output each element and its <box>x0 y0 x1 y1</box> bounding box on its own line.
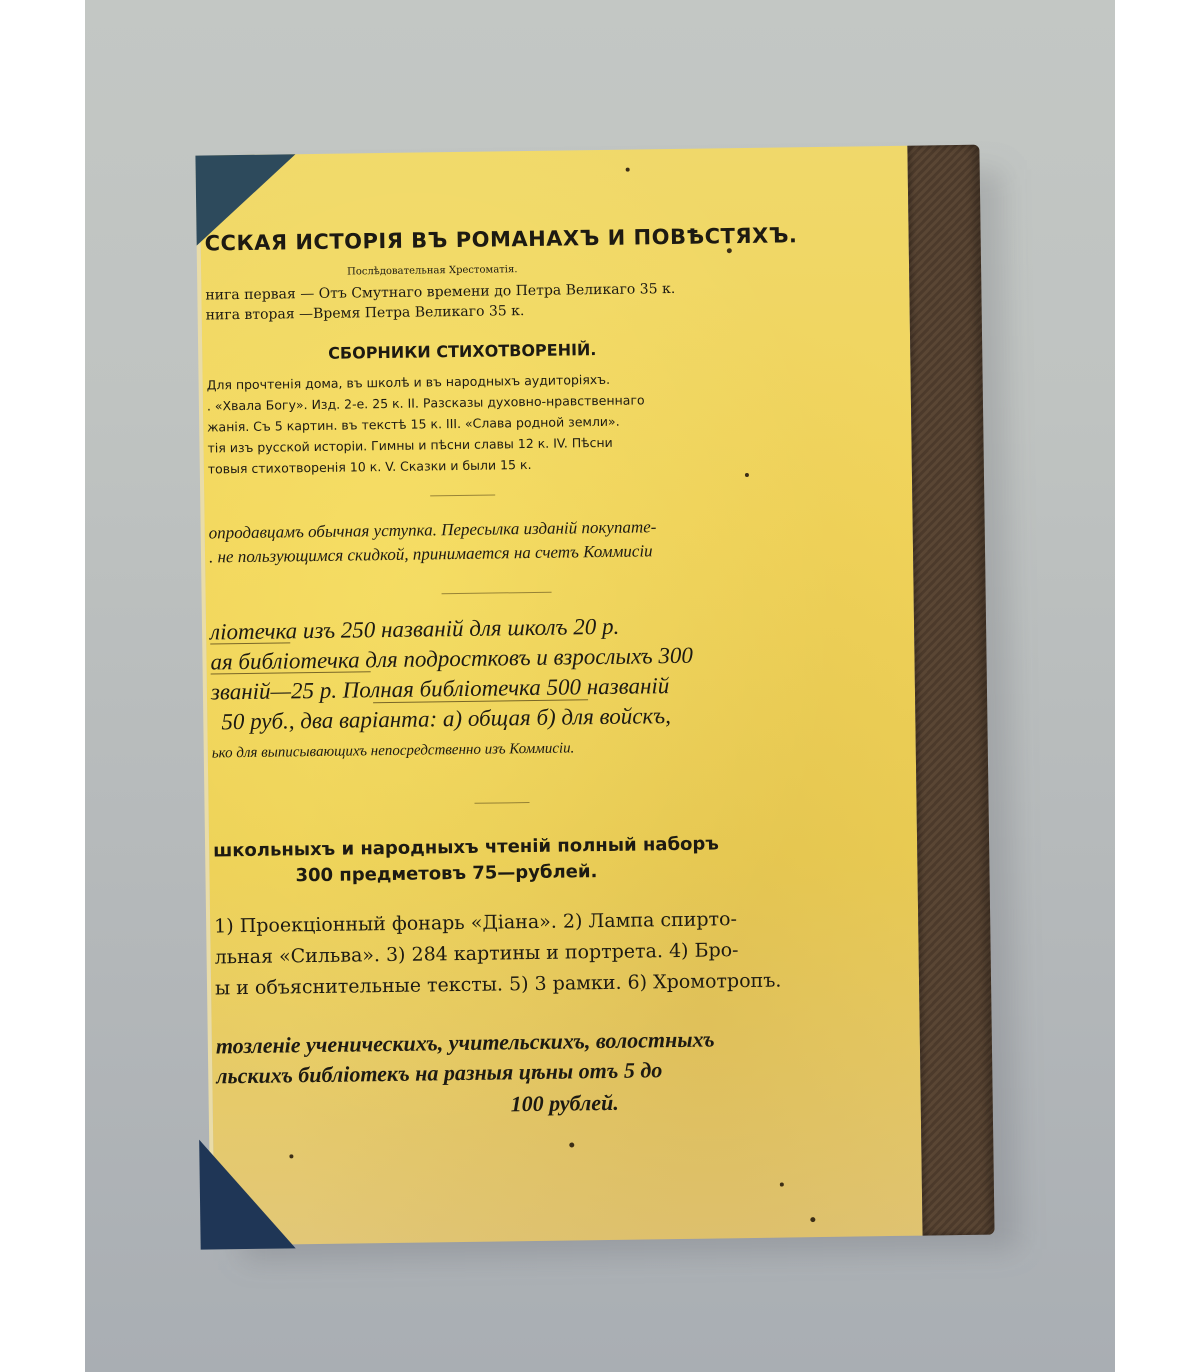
section1-subheading: Послѣдовательная Хрестоматія. <box>347 264 518 277</box>
section4-line: ько для выписывающихъ непосредственно из… <box>212 740 575 762</box>
cover-print: ССКАЯ ИСТОРІЯ ВЪ РОМАНАХЪ И ПОВѢСТЯХЪ. П… <box>195 146 922 1246</box>
section3-line: опродавцамъ обычная уступка. Пересылка и… <box>209 517 657 543</box>
section2-line: тія изъ русской исторіи. Гимны и пѣсни с… <box>207 435 612 456</box>
foxing-spot <box>289 1154 293 1158</box>
section1-line-c: нига вторая —Время Петра Великаго 35 к. <box>206 303 525 323</box>
divider <box>430 494 495 496</box>
section5-line: школьныхъ и народныхъ чтеній полный набо… <box>213 833 719 861</box>
section2-line: Для прочтенія дома, въ школѣ и въ народн… <box>207 372 611 393</box>
book-spine <box>907 145 994 1236</box>
foxing-spot <box>727 248 732 253</box>
section2-heading: СБОРНИКИ СТИХОТВОРЕНІЙ. <box>328 340 596 363</box>
section4-line: ліотечка изъ 250 названій для школъ 20 р… <box>210 614 620 646</box>
foxing-spot <box>745 473 749 477</box>
section1-line-b: нига первая — Отъ Смутнаго времени до Пе… <box>205 281 675 304</box>
section5-line: 300 предметовъ 75—рублей. <box>295 861 597 886</box>
foxing-spot <box>569 1142 574 1147</box>
divider <box>442 592 552 595</box>
section2-line: . «Хвала Богу». Изд. 2-е. 25 к. II. Разс… <box>207 392 645 413</box>
section6-line: льная «Сильва». 3) 284 картины и портрет… <box>214 939 738 968</box>
foxing-spot <box>810 1217 815 1222</box>
section7-line: тозленіе ученическихъ, учительскихъ, вол… <box>216 1026 715 1059</box>
section2-line: жанія. Съ 5 картин. въ текстѣ 15 к. III.… <box>207 414 620 435</box>
section4-line: 50 руб., два варіанта: а) общая б) для в… <box>221 703 671 735</box>
section6-line: 1) Проекціонный фонарь «Діана». 2) Лампа… <box>214 908 737 937</box>
section3-line: . не пользующимся скидкой, принимается н… <box>209 541 653 567</box>
foxing-spot <box>626 168 630 172</box>
antique-book: ССКАЯ ИСТОРІЯ ВЪ РОМАНАХЪ И ПОВѢСТЯХЪ. П… <box>195 144 1010 1245</box>
foxing-spot <box>780 1183 784 1187</box>
section1-heading: ССКАЯ ИСТОРІЯ ВЪ РОМАНАХЪ И ПОВѢСТЯХЪ. <box>204 223 797 255</box>
section4-line: ая библіотечка для подростковъ и взрослы… <box>210 643 693 676</box>
section7-line: 100 рублей. <box>209 1086 921 1122</box>
section7-line: льскихъ библіотекъ на разныя цѣны отъ 5 … <box>216 1057 662 1089</box>
divider <box>474 802 529 804</box>
section6-line: ы и объяснительные тексты. 5) 3 рамки. 6… <box>215 970 782 1000</box>
photo-background: ССКАЯ ИСТОРІЯ ВЪ РОМАНАХЪ И ПОВѢСТЯХЪ. П… <box>85 0 1115 1372</box>
section2-line: товыя стихотворенія 10 к. V. Сказки и бы… <box>208 457 532 477</box>
